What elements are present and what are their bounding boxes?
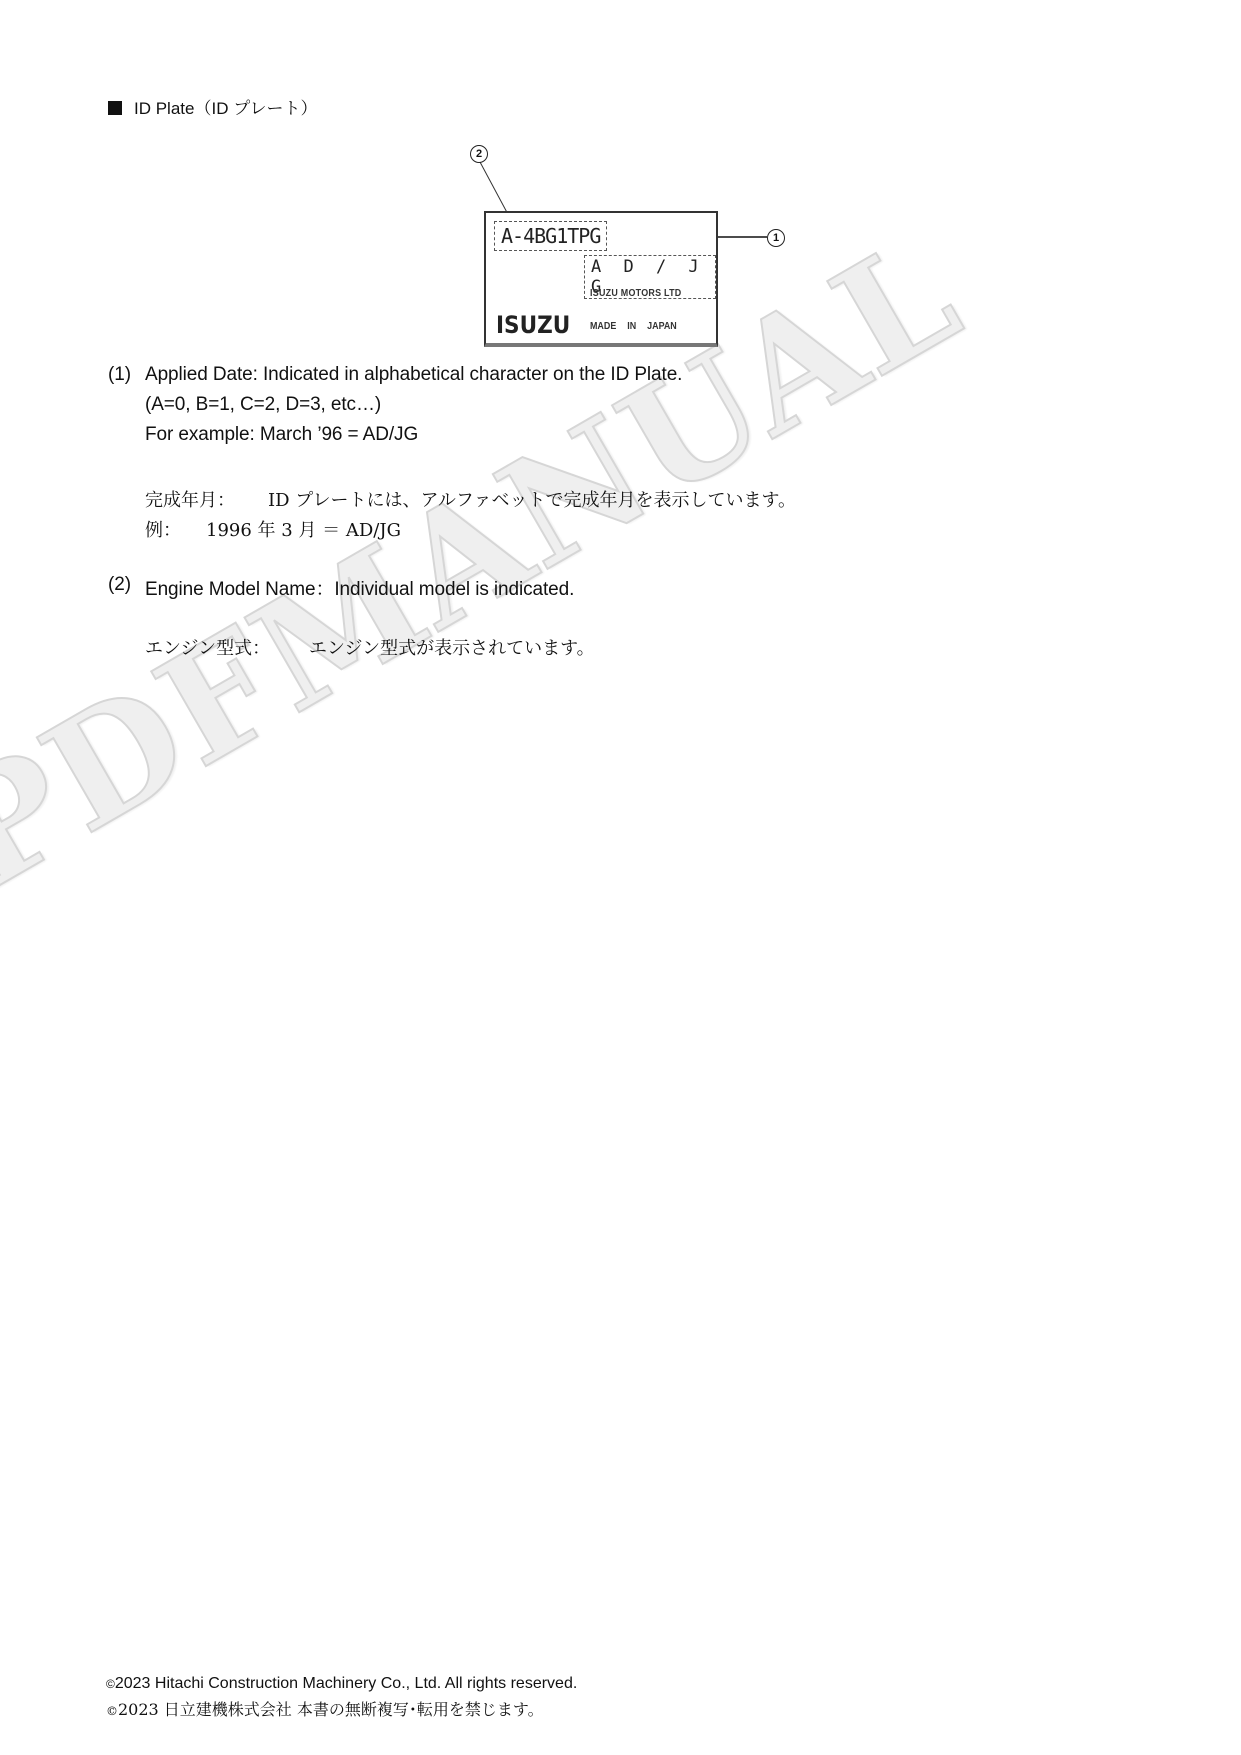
item-1-line-1: Applied Date: Indicated in alphabetical …: [145, 364, 682, 386]
isuzu-logo: ISUZU: [496, 311, 570, 339]
item-2-jp-label: エンジン型式：: [145, 634, 270, 660]
callout-2-icon: 2: [470, 145, 488, 163]
item-2-number: (2): [108, 574, 131, 596]
callout-1-icon: 1: [767, 229, 785, 247]
origin-text: MADE IN JAPAN: [590, 320, 677, 332]
maker-text: ISUZU MOTORS LTD: [590, 287, 682, 299]
engine-model-field: A-4BG1TPG: [494, 221, 607, 251]
item-2-jp-text: エンジン型式が表示されています。: [309, 634, 595, 660]
copyright-icon: ©: [106, 1704, 118, 1718]
item-1-line-3: For example: March ’96 = AD/JG: [145, 424, 418, 446]
item-2-line-1: Engine Model Name：Individual model is in…: [145, 574, 574, 601]
copyright-icon: ©: [106, 1677, 115, 1691]
id-plate: A-4BG1TPG A D / J G ISUZU MOTORS LTD ISU…: [484, 211, 718, 347]
square-bullet-icon: [108, 101, 122, 115]
footer-copyright-jp: ©2023 日立建機株式会社 本書の無断複写･転用を禁じます。: [106, 1697, 544, 1720]
footer-copyright-en: ©2023 Hitachi Construction Machinery Co.…: [106, 1675, 577, 1693]
id-plate-diagram: 2 1 A-4BG1TPG A D / J G ISUZU MOTORS LTD…: [470, 145, 810, 345]
item-1-line-2: (A=0, B=1, C=2, D=3, etc…): [145, 394, 381, 416]
item-1-jp-example-label: 例：: [145, 516, 181, 542]
section-heading: ID Plate（ID プレート）: [108, 94, 318, 119]
item-1-jp-label: 完成年月：: [145, 486, 235, 512]
heading-title: ID Plate（ID プレート）: [134, 99, 318, 118]
item-1-number: (1): [108, 364, 131, 386]
item-1-jp-example-text: 1996 年 3 月 ＝ AD/JG: [206, 516, 401, 542]
item-1-jp-text: ID プレートには、アルファベットで完成年月を表示しています。: [268, 486, 796, 512]
